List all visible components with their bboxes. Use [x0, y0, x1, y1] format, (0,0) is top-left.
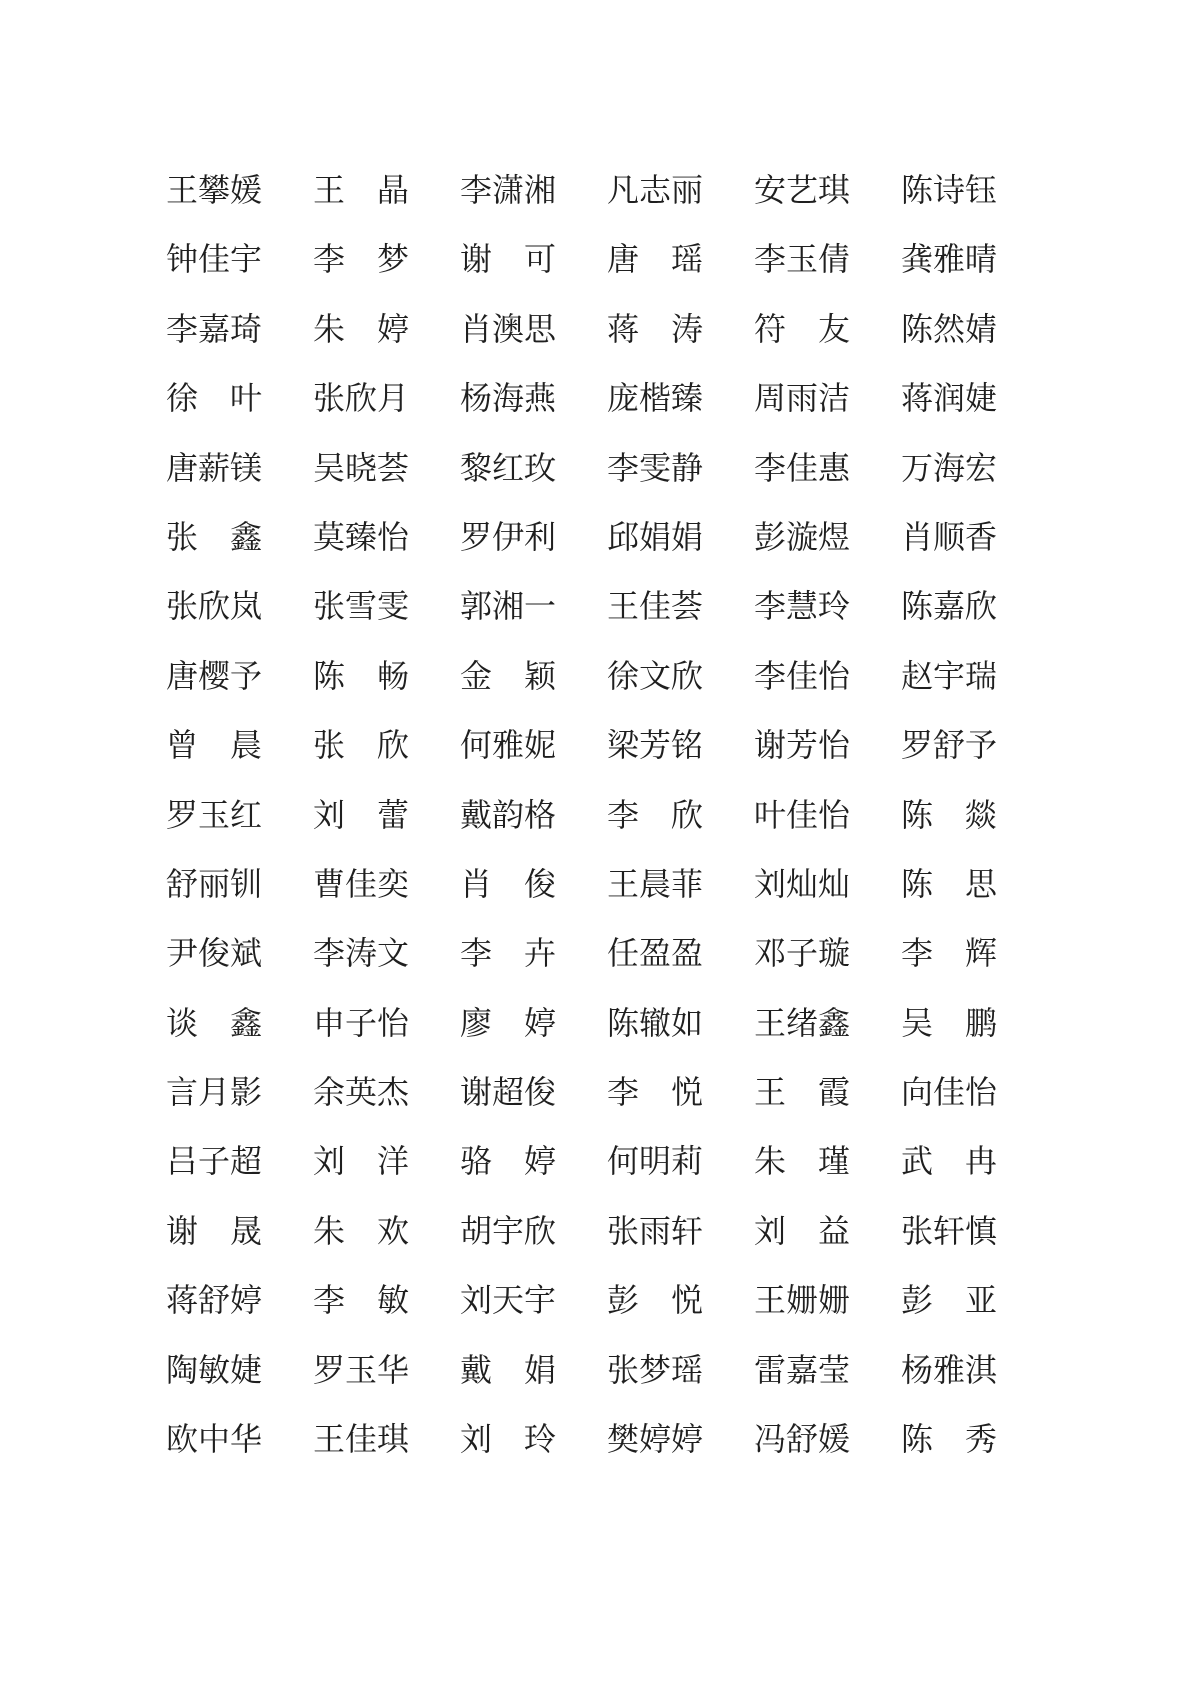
name-cell: 张欣月 — [313, 364, 409, 433]
name-cell: 王佳琪 — [313, 1405, 409, 1474]
name-cell: 李涛文 — [313, 919, 409, 988]
name-cell: 李 敏 — [313, 1266, 409, 1335]
name-cell: 唐樱予 — [166, 642, 262, 711]
name-cell: 何明莉 — [607, 1127, 703, 1196]
name-cell: 武 冉 — [901, 1127, 997, 1196]
name-cell: 王 霞 — [754, 1058, 850, 1127]
name-cell: 申子怡 — [313, 989, 409, 1058]
name-cell: 王 晶 — [313, 156, 409, 225]
name-cell: 龚雅晴 — [901, 225, 997, 294]
name-cell: 吴晓荟 — [313, 434, 409, 503]
name-cell: 陈然婧 — [901, 295, 997, 364]
name-cell: 彭 悦 — [607, 1266, 703, 1335]
name-cell: 庞楷臻 — [607, 364, 703, 433]
name-cell: 唐 瑶 — [607, 225, 703, 294]
name-cell: 余英杰 — [313, 1058, 409, 1127]
name-cell: 李慧玲 — [754, 572, 850, 641]
name-cell: 刘灿灿 — [754, 850, 850, 919]
name-cell: 邱娟娟 — [607, 503, 703, 572]
name-cell: 欧中华 — [166, 1405, 262, 1474]
name-cell: 蒋 涛 — [607, 295, 703, 364]
name-cell: 陈嘉欣 — [901, 572, 997, 641]
name-cell: 杨雅淇 — [901, 1336, 997, 1405]
name-cell: 李 悦 — [607, 1058, 703, 1127]
name-cell: 言月影 — [166, 1058, 262, 1127]
name-cell: 陈辙如 — [607, 989, 703, 1058]
name-cell: 彭 亚 — [901, 1266, 997, 1335]
name-cell: 肖澳思 — [460, 295, 556, 364]
name-cell: 罗舒予 — [901, 711, 997, 780]
name-cell: 张欣岚 — [166, 572, 262, 641]
name-cell: 彭漩煜 — [754, 503, 850, 572]
name-cell: 罗伊利 — [460, 503, 556, 572]
name-cell: 骆 婷 — [460, 1127, 556, 1196]
name-cell: 赵宇瑞 — [901, 642, 997, 711]
name-cell: 邓子璇 — [754, 919, 850, 988]
name-cell: 罗玉华 — [313, 1336, 409, 1405]
name-cell: 舒丽钏 — [166, 850, 262, 919]
name-cell: 曹佳奕 — [313, 850, 409, 919]
name-cell: 周雨洁 — [754, 364, 850, 433]
name-cell: 蒋润婕 — [901, 364, 997, 433]
name-cell: 安艺琪 — [754, 156, 850, 225]
name-cell: 李 辉 — [901, 919, 997, 988]
name-cell: 陈 燚 — [901, 781, 997, 850]
name-cell: 张梦瑶 — [607, 1336, 703, 1405]
name-cell: 王姗姗 — [754, 1266, 850, 1335]
name-cell: 曾 晨 — [166, 711, 262, 780]
name-cell: 任盈盈 — [607, 919, 703, 988]
name-cell: 张雪雯 — [313, 572, 409, 641]
name-cell: 陈 秀 — [901, 1405, 997, 1474]
name-cell: 朱 婷 — [313, 295, 409, 364]
name-cell: 李 卉 — [460, 919, 556, 988]
name-cell: 朱 欢 — [313, 1197, 409, 1266]
name-cell: 戴 娟 — [460, 1336, 556, 1405]
name-cell: 张轩慎 — [901, 1197, 997, 1266]
name-cell: 莫臻怡 — [313, 503, 409, 572]
name-cell: 肖顺香 — [901, 503, 997, 572]
name-cell: 戴韵格 — [460, 781, 556, 850]
name-cell: 蒋舒婷 — [166, 1266, 262, 1335]
name-cell: 何雅妮 — [460, 711, 556, 780]
name-cell: 刘 益 — [754, 1197, 850, 1266]
name-cell: 李嘉琦 — [166, 295, 262, 364]
name-cell: 向佳怡 — [901, 1058, 997, 1127]
name-cell: 谢超俊 — [460, 1058, 556, 1127]
name-grid: 王攀媛王 晶李潇湘凡志丽安艺琪陈诗钰钟佳宇李 梦谢 可唐 瑶李玉倩龚雅晴李嘉琦朱… — [166, 156, 997, 1474]
name-cell: 谢 晟 — [166, 1197, 262, 1266]
name-cell: 叶佳怡 — [754, 781, 850, 850]
name-cell: 王绪鑫 — [754, 989, 850, 1058]
name-cell: 杨海燕 — [460, 364, 556, 433]
name-cell: 刘天宇 — [460, 1266, 556, 1335]
name-cell: 谢芳怡 — [754, 711, 850, 780]
name-cell: 王佳荟 — [607, 572, 703, 641]
name-cell: 张雨轩 — [607, 1197, 703, 1266]
name-cell: 吕子超 — [166, 1127, 262, 1196]
name-cell: 张 鑫 — [166, 503, 262, 572]
name-cell: 徐 叶 — [166, 364, 262, 433]
name-cell: 郭湘一 — [460, 572, 556, 641]
document-page: 王攀媛王 晶李潇湘凡志丽安艺琪陈诗钰钟佳宇李 梦谢 可唐 瑶李玉倩龚雅晴李嘉琦朱… — [0, 0, 1191, 1684]
name-cell: 王晨菲 — [607, 850, 703, 919]
name-cell: 刘 蕾 — [313, 781, 409, 850]
name-cell: 王攀媛 — [166, 156, 262, 225]
name-cell: 黎红玫 — [460, 434, 556, 503]
name-cell: 罗玉红 — [166, 781, 262, 850]
name-cell: 符 友 — [754, 295, 850, 364]
name-cell: 肖 俊 — [460, 850, 556, 919]
name-cell: 樊婷婷 — [607, 1405, 703, 1474]
name-cell: 凡志丽 — [607, 156, 703, 225]
name-cell: 钟佳宇 — [166, 225, 262, 294]
name-cell: 谢 可 — [460, 225, 556, 294]
name-cell: 廖 婷 — [460, 989, 556, 1058]
name-cell: 吴 鹏 — [901, 989, 997, 1058]
name-cell: 唐薪镁 — [166, 434, 262, 503]
name-cell: 金 颖 — [460, 642, 556, 711]
name-cell: 刘 玲 — [460, 1405, 556, 1474]
name-cell: 陈诗钰 — [901, 156, 997, 225]
name-cell: 李雯静 — [607, 434, 703, 503]
name-cell: 李佳惠 — [754, 434, 850, 503]
name-cell: 李玉倩 — [754, 225, 850, 294]
name-cell: 朱 瑾 — [754, 1127, 850, 1196]
name-cell: 徐文欣 — [607, 642, 703, 711]
name-cell: 万海宏 — [901, 434, 997, 503]
name-cell: 尹俊斌 — [166, 919, 262, 988]
name-cell: 雷嘉莹 — [754, 1336, 850, 1405]
name-cell: 刘 洋 — [313, 1127, 409, 1196]
name-cell: 张 欣 — [313, 711, 409, 780]
name-cell: 冯舒媛 — [754, 1405, 850, 1474]
name-cell: 谈 鑫 — [166, 989, 262, 1058]
name-cell: 李 欣 — [607, 781, 703, 850]
name-cell: 李潇湘 — [460, 156, 556, 225]
name-cell: 陈 畅 — [313, 642, 409, 711]
name-cell: 李 梦 — [313, 225, 409, 294]
name-cell: 陈 思 — [901, 850, 997, 919]
name-cell: 胡宇欣 — [460, 1197, 556, 1266]
name-cell: 陶敏婕 — [166, 1336, 262, 1405]
name-cell: 李佳怡 — [754, 642, 850, 711]
name-cell: 梁芳铭 — [607, 711, 703, 780]
